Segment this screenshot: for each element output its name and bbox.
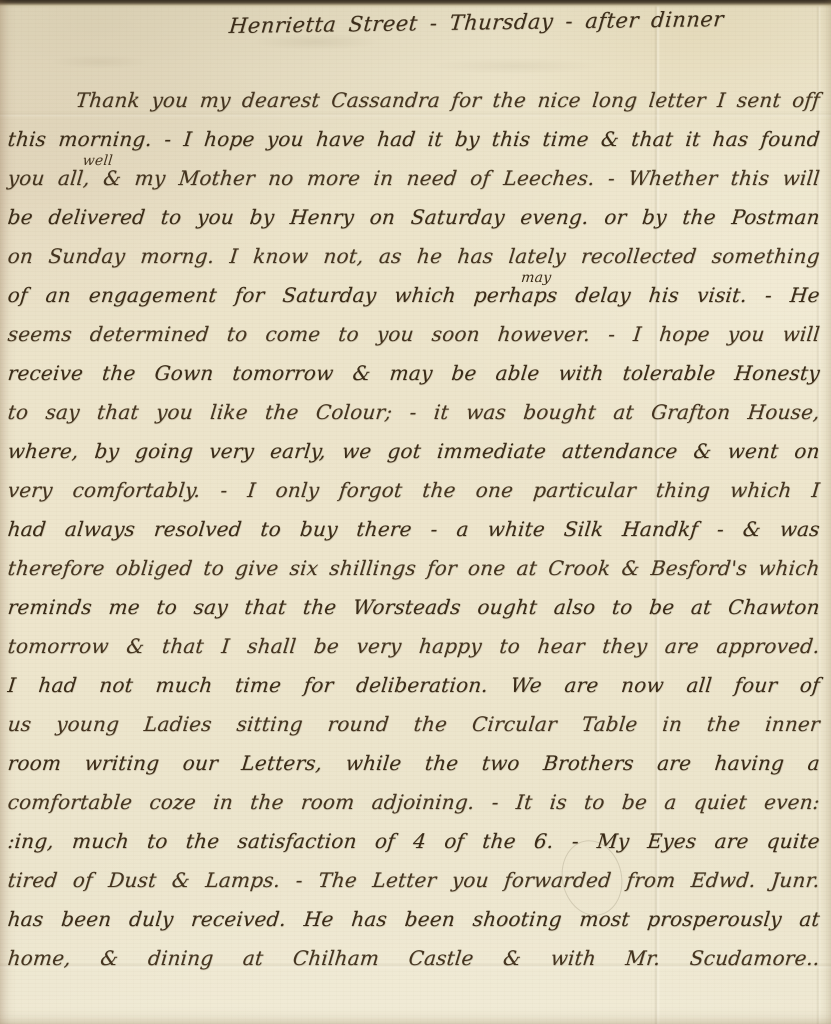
- letter-line: seems determined to come to you soon how…: [5, 322, 821, 361]
- letter-line: home, & dining at Chilham Castle & with …: [5, 946, 821, 985]
- letter-line: of an engagement for Saturday which perh…: [5, 283, 821, 322]
- interlinear-insertion: well: [82, 153, 114, 169]
- letter-line: therefore obliged to give six shillings …: [5, 556, 821, 595]
- letter-line: be delivered to you by Henry on Saturday…: [5, 205, 821, 244]
- letter-scan: Henrietta Street - Thursday - after dinn…: [0, 0, 831, 1024]
- letter-line: Thank you my dearest Cassandra for the n…: [5, 88, 821, 127]
- letter-line: this morning. - I hope you have had it b…: [5, 127, 821, 166]
- letter-line: :ing, much to the satisfaction of 4 of t…: [5, 829, 821, 868]
- interlinear-insertion: may: [520, 270, 552, 286]
- letter-line: comfortable coze in the room adjoining. …: [5, 790, 821, 829]
- letter-line: reminds me to say that the Worsteads oug…: [5, 595, 821, 634]
- letter-line: tired of Dust & Lamps. - The Letter you …: [5, 868, 821, 907]
- letter-line: on Sunday morng. I know not, as he has l…: [5, 244, 821, 283]
- letter-line: where, by going very early, we got immed…: [5, 439, 821, 478]
- letter-line: to say that you like the Colour; - it wa…: [5, 400, 821, 439]
- letter-line: you all, & my Mother no more in need of …: [5, 166, 821, 205]
- letter-line: room writing our Letters, while the two …: [5, 751, 821, 790]
- letter-line: very comfortably. - I only forgot the on…: [5, 478, 821, 517]
- letter-line: us young Ladies sitting round the Circul…: [5, 712, 821, 751]
- letter-line: has been duly received. He has been shoo…: [5, 907, 821, 946]
- letter-line: tomorrow & that I shall be very happy to…: [5, 634, 821, 673]
- letter-line: receive the Gown tomorrow & may be able …: [5, 361, 821, 400]
- letter-body: Thank you my dearest Cassandra for the n…: [5, 88, 817, 985]
- letter-line: had always resolved to buy there - a whi…: [5, 517, 821, 556]
- letter-line: I had not much time for deliberation. We…: [5, 673, 821, 712]
